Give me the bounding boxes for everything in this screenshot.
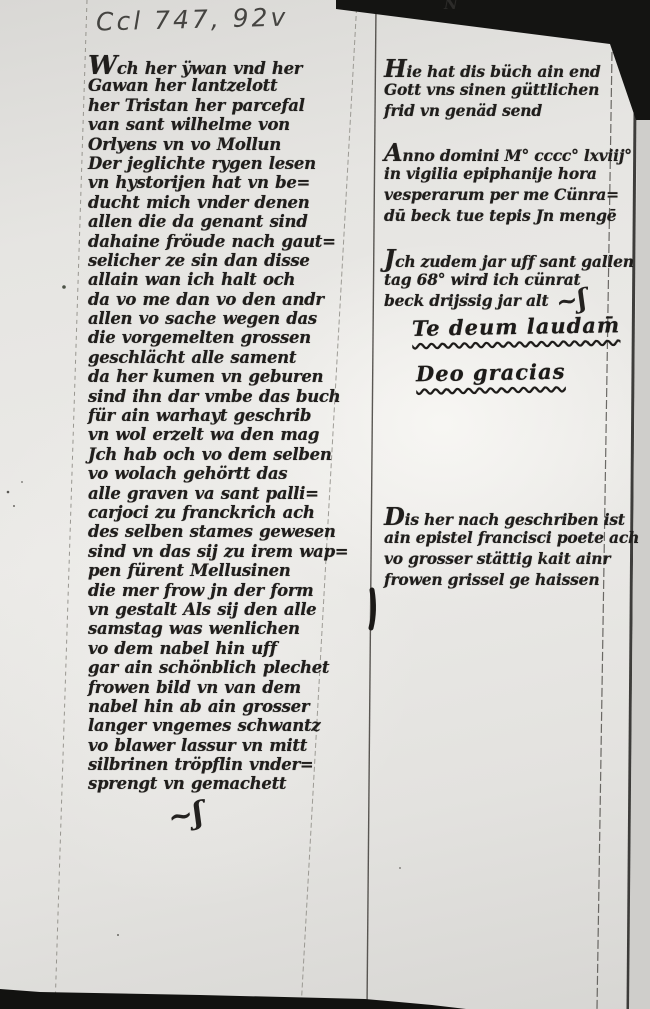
paper-speckle — [21, 481, 23, 483]
manuscript-line: van sant wilhelme von — [88, 115, 368, 134]
manuscript-line: des selben stames gewesen — [88, 522, 368, 541]
manuscript-line: langer vngemes schwantz — [88, 716, 368, 735]
manuscript-line: Jch hab och vo dem selben — [88, 445, 368, 464]
manuscript-line: allen vo sache wegen das — [88, 309, 368, 328]
manuscript-line: Orlyens vn vo Mollun — [88, 135, 368, 154]
heading-te-deum: Te deum laudam̄ — [412, 312, 621, 341]
manuscript-line: vo blawer lassur vn mitt — [88, 736, 368, 755]
manuscript-line: Jch zudem jar uff sant gallen — [384, 248, 634, 269]
manuscript-line: da vo me dan vo den andr — [88, 290, 368, 309]
manuscript-line: tag 68° wird ich cünrat — [384, 269, 634, 290]
manuscript-line: frowen grissel ge haissen — [384, 569, 634, 590]
manuscript-line: ain epistel francisci poete ach — [384, 527, 634, 548]
manuscript-line: Gott vns sinen güttlichen — [384, 79, 634, 100]
manuscript-line: vesperarum per me Cünra= — [384, 184, 634, 205]
manuscript-line: beck drijssig jar alt — [384, 290, 634, 311]
shelfmark-annotation: Ccl 747, 92v — [96, 2, 289, 36]
manuscript-line: vn gestalt Als sij den alle — [88, 600, 368, 619]
manuscript-line: sind ihn dar vmbe das buch — [88, 387, 368, 406]
paper-speckle — [117, 934, 119, 936]
manuscript-line: gar ain schönblich plechet — [88, 658, 368, 677]
manuscript-line: vo grosser stättig kait ainr — [384, 548, 634, 569]
manuscript-line: in vigilia epiphanije hora — [384, 163, 634, 184]
colophon-end-paragraph: Hie hat dis büch ain endGott vns sinen g… — [384, 58, 634, 121]
manuscript-line: vo dem nabel hin uff — [88, 639, 368, 658]
manuscript-line: dahaine fröude nach gaut= — [88, 232, 368, 251]
manuscript-line: für ain warhayt geschrib — [88, 406, 368, 425]
manuscript-line: carjoci zu franckrich ach — [88, 503, 368, 522]
manuscript-scan-page: Ccl 747, 92v N Wch her ÿwan vnd herGawan… — [0, 0, 650, 1009]
manuscript-line: frid vn genäd send — [384, 100, 634, 121]
ink-blot-stroke — [371, 590, 373, 628]
manuscript-line: pen fürent Mellusinen — [88, 561, 368, 580]
folio-mark: N — [444, 0, 458, 13]
manuscript-line: alle graven va sant palli= — [88, 484, 368, 503]
manuscript-line: nabel hin ab ain grosser — [88, 697, 368, 716]
left-text-column: Wch her ÿwan vnd herGawan her lantzelott… — [88, 57, 368, 794]
dating-paragraph: Anno domini M° cccc° lxviij°in vigilia e… — [384, 142, 634, 226]
manuscript-line: Gawan her lantzelott — [88, 76, 368, 95]
ruling-line-left — [55, 0, 87, 1009]
manuscript-line: silbrinen tröpflin vnder= — [88, 755, 368, 774]
paper-speckle — [62, 285, 66, 289]
manuscript-line: vn hystorijen hat vn be= — [88, 173, 368, 192]
manuscript-line: allain wan ich halt och — [88, 270, 368, 289]
scan-border-bottom — [0, 989, 466, 1009]
manuscript-line: geschlächt alle sament — [88, 348, 368, 367]
paper-speckle — [7, 491, 10, 494]
manuscript-line: ducht mich vnder denen — [88, 193, 368, 212]
manuscript-line: Wch her ÿwan vnd her — [88, 57, 368, 76]
paper-speckle — [399, 867, 401, 869]
manuscript-line: Hie hat dis büch ain end — [384, 58, 634, 79]
manuscript-line: selicher ze sin dan disse — [88, 251, 368, 270]
manuscript-line: da her kumen vn geburen — [88, 367, 368, 386]
manuscript-line: her Tristan her parcefal — [88, 96, 368, 115]
manuscript-line: Der jeglichte rygen lesen — [88, 154, 368, 173]
manuscript-line: vo wolach gehörtt das — [88, 464, 368, 483]
manuscript-line: Dis her nach geschriben ist — [384, 506, 634, 527]
manuscript-line: vn wol erzelt wa den mag — [88, 425, 368, 444]
scribe-flourish-left: ~ʃ — [165, 795, 206, 836]
manuscript-line: frowen bild vn van dem — [88, 678, 368, 697]
manuscript-line: samstag was wenlichen — [88, 619, 368, 638]
manuscript-line: die mer frow jn der form — [88, 581, 368, 600]
griselda-note-paragraph: Dis her nach geschriben istain epistel f… — [384, 506, 634, 590]
paper-speckle — [13, 505, 15, 507]
manuscript-line: allen die da genant sind — [88, 212, 368, 231]
manuscript-line: sprengt vn gemachett — [88, 774, 368, 793]
manuscript-line: sind vn das sij zu irem wap= — [88, 542, 368, 561]
manuscript-line: Anno domini M° cccc° lxviij° — [384, 142, 634, 163]
manuscript-line: dū beck tue tepis Jn mengē — [384, 205, 634, 226]
ruling-line-right-column — [367, 6, 376, 1009]
manuscript-line: die vorgemelten grossen — [88, 328, 368, 347]
age-note-paragraph: Jch zudem jar uff sant gallentag 68° wir… — [384, 248, 634, 311]
heading-deo-gracias: Deo gracias — [416, 359, 566, 387]
